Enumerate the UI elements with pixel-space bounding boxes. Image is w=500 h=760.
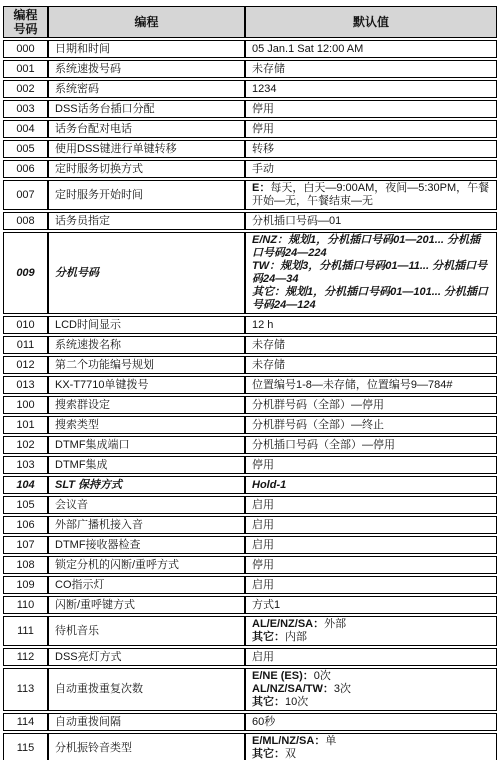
cell-program-code: 104 bbox=[3, 476, 48, 494]
table-row: 103DTMF集成停用 bbox=[3, 456, 497, 474]
value-line: 其它：规划1，分机插口号码01—101... 分机插口号码24—124 bbox=[252, 286, 490, 312]
table-row: 003DSS话务台插口分配停用 bbox=[3, 100, 497, 118]
cell-program-code: 009 bbox=[3, 232, 48, 314]
value-segment: 停用 bbox=[252, 123, 274, 135]
value-line: 12 h bbox=[252, 319, 490, 332]
cell-program-name: 分机振铃音类型 bbox=[48, 733, 245, 760]
table-body: 000日期和时间05 Jan.1 Sat 12:00 AM001系统速拨号码未存… bbox=[3, 40, 497, 760]
value-line: 启用 bbox=[252, 651, 490, 664]
table-row: 106外部广播机接入音启用 bbox=[3, 516, 497, 534]
cell-program-code: 012 bbox=[3, 356, 48, 374]
cell-program-code: 107 bbox=[3, 536, 48, 554]
cell-program-name: SLT 保持方式 bbox=[48, 476, 245, 494]
cell-default-value: 1234 bbox=[245, 80, 497, 98]
cell-program-name: 话务员指定 bbox=[48, 212, 245, 230]
value-segment: 0次 bbox=[314, 670, 331, 682]
cell-default-value: E：每天，白天—9:00AM，夜间—5:30PM，午餐开始—无，午餐结束—无 bbox=[245, 180, 497, 210]
value-line: 分机群号码（全部）—停用 bbox=[252, 399, 490, 412]
cell-default-value: 方式1 bbox=[245, 596, 497, 614]
table-row: 107DTMF接收器检查启用 bbox=[3, 536, 497, 554]
table-row: 000日期和时间05 Jan.1 Sat 12:00 AM bbox=[3, 40, 497, 58]
cell-program-code: 106 bbox=[3, 516, 48, 534]
value-segment: E/NZ： bbox=[252, 234, 288, 246]
cell-program-code: 103 bbox=[3, 456, 48, 474]
value-segment: 手动 bbox=[252, 163, 274, 175]
value-segment: 05 Jan.1 Sat 12:00 AM bbox=[252, 43, 363, 55]
value-segment: 12 h bbox=[252, 319, 273, 331]
table-row: 007定时服务开始时间E：每天，白天—9:00AM，夜间—5:30PM，午餐开始… bbox=[3, 180, 497, 210]
cell-program-name: DTMF接收器检查 bbox=[48, 536, 245, 554]
value-segment: 分机插口号码（全部）—停用 bbox=[252, 439, 395, 451]
cell-program-name: LCD时间显示 bbox=[48, 316, 245, 334]
value-segment: TW： bbox=[252, 260, 280, 272]
value-segment: 方式1 bbox=[252, 599, 280, 611]
cell-default-value: 停用 bbox=[245, 456, 497, 474]
cell-default-value: 停用 bbox=[245, 100, 497, 118]
value-segment: 停用 bbox=[252, 459, 274, 471]
cell-program-name: DSS亮灯方式 bbox=[48, 648, 245, 666]
value-segment: E/ML/NZ/SA： bbox=[252, 735, 325, 747]
cell-program-name: 使用DSS键进行单键转移 bbox=[48, 140, 245, 158]
cell-program-name: 会议音 bbox=[48, 496, 245, 514]
value-line: 位置编号1-8—未存储，位置编号9—784# bbox=[252, 379, 490, 392]
value-segment: 停用 bbox=[252, 559, 274, 571]
value-segment: 其它： bbox=[252, 696, 285, 708]
cell-program-code: 105 bbox=[3, 496, 48, 514]
value-segment: 未存储 bbox=[252, 339, 285, 351]
cell-program-name: 自动重拨重复次数 bbox=[48, 668, 245, 711]
value-line: 其它：双 bbox=[252, 748, 490, 760]
value-segment: 1234 bbox=[252, 83, 276, 95]
cell-program-code: 003 bbox=[3, 100, 48, 118]
cell-program-name: 搜索群设定 bbox=[48, 396, 245, 414]
value-segment: 未存储 bbox=[252, 359, 285, 371]
value-segment: 停用 bbox=[252, 103, 274, 115]
cell-default-value: 未存储 bbox=[245, 336, 497, 354]
cell-program-code: 102 bbox=[3, 436, 48, 454]
value-line: 转移 bbox=[252, 143, 490, 156]
table-row: 011系统速拨名称未存储 bbox=[3, 336, 497, 354]
value-segment: 未存储 bbox=[252, 63, 285, 75]
value-segment: 其它： bbox=[252, 631, 285, 643]
cell-program-code: 002 bbox=[3, 80, 48, 98]
table-row: 102DTMF集成端口分机插口号码（全部）—停用 bbox=[3, 436, 497, 454]
value-segment: 启用 bbox=[252, 519, 274, 531]
cell-default-value: 60秒 bbox=[245, 713, 497, 731]
cell-program-name: 搜索类型 bbox=[48, 416, 245, 434]
cell-program-code: 108 bbox=[3, 556, 48, 574]
cell-default-value: 05 Jan.1 Sat 12:00 AM bbox=[245, 40, 497, 58]
document-page: 编程 号码 编程 默认值 000日期和时间05 Jan.1 Sat 12:00 … bbox=[0, 0, 500, 760]
value-line: 其它：10次 bbox=[252, 696, 490, 709]
value-line: E：每天，白天—9:00AM，夜间—5:30PM，午餐开始—无，午餐结束—无 bbox=[252, 182, 490, 208]
cell-program-code: 004 bbox=[3, 120, 48, 138]
value-line: 启用 bbox=[252, 579, 490, 592]
cell-program-name: 定时服务切换方式 bbox=[48, 160, 245, 178]
cell-program-code: 010 bbox=[3, 316, 48, 334]
value-segment: 每天，白天—9:00AM，夜间—5:30PM，午餐开始—无，午餐结束—无 bbox=[252, 182, 489, 207]
cell-default-value: E/ML/NZ/SA：单其它：双 bbox=[245, 733, 497, 760]
table-row: 008话务员指定分机插口号码—01 bbox=[3, 212, 497, 230]
table-row: 001系统速拨号码未存储 bbox=[3, 60, 497, 78]
value-line: 未存储 bbox=[252, 339, 490, 352]
value-segment: 启用 bbox=[252, 539, 274, 551]
table-row: 104SLT 保持方式Hold-1 bbox=[3, 476, 497, 494]
cell-default-value: 转移 bbox=[245, 140, 497, 158]
value-line: 分机插口号码—01 bbox=[252, 215, 490, 228]
cell-default-value: AL/E/NZ/SA：外部其它：内部 bbox=[245, 616, 497, 646]
cell-program-name: 话务台配对电话 bbox=[48, 120, 245, 138]
header-row: 编程 号码 编程 默认值 bbox=[3, 6, 497, 38]
table-row: 113自动重拨重复次数E/NE (ES)：0次AL/NZ/SA/TW：3次其它：… bbox=[3, 668, 497, 711]
cell-default-value: E/NE (ES)：0次AL/NZ/SA/TW：3次其它：10次 bbox=[245, 668, 497, 711]
cell-program-code: 001 bbox=[3, 60, 48, 78]
programming-table: 编程 号码 编程 默认值 000日期和时间05 Jan.1 Sat 12:00 … bbox=[3, 4, 497, 760]
header-code: 编程 号码 bbox=[3, 6, 48, 38]
value-line: AL/NZ/SA/TW：3次 bbox=[252, 683, 490, 696]
table-row: 002系统密码1234 bbox=[3, 80, 497, 98]
table-header: 编程 号码 编程 默认值 bbox=[3, 6, 497, 38]
value-segment: 规划1，分机插口号码01—101... 分机插口号码24—124 bbox=[252, 286, 488, 311]
cell-default-value: 未存储 bbox=[245, 60, 497, 78]
cell-program-code: 114 bbox=[3, 713, 48, 731]
value-line: TW：规划3，分机插口号码01—11... 分机插口号码24—34 bbox=[252, 260, 490, 286]
value-line: 05 Jan.1 Sat 12:00 AM bbox=[252, 43, 490, 56]
value-segment: E： bbox=[252, 182, 270, 194]
value-line: E/ML/NZ/SA：单 bbox=[252, 735, 490, 748]
table-row: 110闪断/重呼键方式方式1 bbox=[3, 596, 497, 614]
cell-program-name: 闪断/重呼键方式 bbox=[48, 596, 245, 614]
cell-program-name: 待机音乐 bbox=[48, 616, 245, 646]
cell-default-value: 分机插口号码（全部）—停用 bbox=[245, 436, 497, 454]
cell-program-name: 系统速拨号码 bbox=[48, 60, 245, 78]
table-row: 012第二个功能编号规划未存储 bbox=[3, 356, 497, 374]
cell-program-name: 日期和时间 bbox=[48, 40, 245, 58]
value-segment: 60秒 bbox=[252, 716, 275, 728]
value-line: 其它：内部 bbox=[252, 631, 490, 644]
value-segment: AL/E/NZ/SA： bbox=[252, 618, 324, 630]
cell-program-code: 115 bbox=[3, 733, 48, 760]
table-row: 009分机号码E/NZ：规划1，分机插口号码01—201... 分机插口号码24… bbox=[3, 232, 497, 314]
value-segment: 其它： bbox=[252, 286, 285, 298]
value-line: 停用 bbox=[252, 459, 490, 472]
value-segment: 分机群号码（全部）—停用 bbox=[252, 399, 384, 411]
cell-program-name: CO指示灯 bbox=[48, 576, 245, 594]
cell-default-value: 手动 bbox=[245, 160, 497, 178]
header-value: 默认值 bbox=[245, 6, 497, 38]
cell-default-value: 停用 bbox=[245, 556, 497, 574]
table-row: 115分机振铃音类型E/ML/NZ/SA：单其它：双 bbox=[3, 733, 497, 760]
cell-program-code: 005 bbox=[3, 140, 48, 158]
table-row: 111待机音乐AL/E/NZ/SA：外部其它：内部 bbox=[3, 616, 497, 646]
value-line: 分机群号码（全部）—终止 bbox=[252, 419, 490, 432]
value-segment: 启用 bbox=[252, 499, 274, 511]
cell-program-name: 外部广播机接入音 bbox=[48, 516, 245, 534]
cell-program-code: 101 bbox=[3, 416, 48, 434]
cell-program-name: 自动重拨间隔 bbox=[48, 713, 245, 731]
value-segment: 分机插口号码—01 bbox=[252, 215, 341, 227]
table-row: 109CO指示灯启用 bbox=[3, 576, 497, 594]
cell-program-name: DSS话务台插口分配 bbox=[48, 100, 245, 118]
table-row: 101搜索类型分机群号码（全部）—终止 bbox=[3, 416, 497, 434]
cell-default-value: 分机群号码（全部）—停用 bbox=[245, 396, 497, 414]
cell-program-code: 112 bbox=[3, 648, 48, 666]
value-line: 启用 bbox=[252, 519, 490, 532]
value-line: AL/E/NZ/SA：外部 bbox=[252, 618, 490, 631]
cell-default-value: 未存储 bbox=[245, 356, 497, 374]
value-line: E/NE (ES)：0次 bbox=[252, 670, 490, 683]
cell-default-value: 分机插口号码—01 bbox=[245, 212, 497, 230]
value-line: 启用 bbox=[252, 539, 490, 552]
value-line: 未存储 bbox=[252, 63, 490, 76]
cell-program-name: 系统密码 bbox=[48, 80, 245, 98]
value-line: 未存储 bbox=[252, 359, 490, 372]
cell-program-code: 111 bbox=[3, 616, 48, 646]
value-segment: 启用 bbox=[252, 651, 274, 663]
table-row: 112DSS亮灯方式启用 bbox=[3, 648, 497, 666]
cell-program-code: 000 bbox=[3, 40, 48, 58]
cell-program-code: 110 bbox=[3, 596, 48, 614]
value-segment: 外部 bbox=[324, 618, 346, 630]
cell-program-code: 011 bbox=[3, 336, 48, 354]
table-row: 105会议音启用 bbox=[3, 496, 497, 514]
cell-program-code: 006 bbox=[3, 160, 48, 178]
table-row: 100搜索群设定分机群号码（全部）—停用 bbox=[3, 396, 497, 414]
table-row: 004话务台配对电话停用 bbox=[3, 120, 497, 138]
cell-program-name: 系统速拨名称 bbox=[48, 336, 245, 354]
value-line: 分机插口号码（全部）—停用 bbox=[252, 439, 490, 452]
value-segment: 10次 bbox=[285, 696, 308, 708]
cell-program-name: DTMF集成端口 bbox=[48, 436, 245, 454]
cell-default-value: 12 h bbox=[245, 316, 497, 334]
cell-program-name: 分机号码 bbox=[48, 232, 245, 314]
value-line: 停用 bbox=[252, 103, 490, 116]
cell-program-code: 100 bbox=[3, 396, 48, 414]
value-line: E/NZ：规划1，分机插口号码01—201... 分机插口号码24—224 bbox=[252, 234, 490, 260]
table-row: 013KX-T7710单键拨号位置编号1-8—未存储，位置编号9—784# bbox=[3, 376, 497, 394]
value-line: 60秒 bbox=[252, 716, 490, 729]
value-segment: 转移 bbox=[252, 143, 274, 155]
cell-program-code: 109 bbox=[3, 576, 48, 594]
cell-program-name: DTMF集成 bbox=[48, 456, 245, 474]
value-line: Hold-1 bbox=[252, 479, 490, 492]
value-line: 停用 bbox=[252, 123, 490, 136]
cell-program-name: KX-T7710单键拨号 bbox=[48, 376, 245, 394]
value-segment: Hold-1 bbox=[252, 479, 286, 491]
value-segment: 启用 bbox=[252, 579, 274, 591]
value-line: 方式1 bbox=[252, 599, 490, 612]
value-segment: 内部 bbox=[285, 631, 307, 643]
value-segment: 位置编号1-8—未存储，位置编号9—784# bbox=[252, 379, 453, 391]
cell-default-value: 停用 bbox=[245, 120, 497, 138]
value-line: 手动 bbox=[252, 163, 490, 176]
cell-default-value: E/NZ：规划1，分机插口号码01—201... 分机插口号码24—224TW：… bbox=[245, 232, 497, 314]
cell-default-value: 启用 bbox=[245, 496, 497, 514]
cell-program-code: 008 bbox=[3, 212, 48, 230]
table-row: 005使用DSS键进行单键转移转移 bbox=[3, 140, 497, 158]
value-segment: 其它： bbox=[252, 748, 285, 760]
table-row: 108锁定分机的闪断/重呼方式停用 bbox=[3, 556, 497, 574]
value-line: 停用 bbox=[252, 559, 490, 572]
cell-default-value: 位置编号1-8—未存储，位置编号9—784# bbox=[245, 376, 497, 394]
table-row: 006定时服务切换方式手动 bbox=[3, 160, 497, 178]
cell-program-code: 013 bbox=[3, 376, 48, 394]
cell-program-name: 锁定分机的闪断/重呼方式 bbox=[48, 556, 245, 574]
value-segment: E/NE (ES)： bbox=[252, 670, 314, 682]
cell-default-value: 启用 bbox=[245, 576, 497, 594]
header-name: 编程 bbox=[48, 6, 245, 38]
cell-program-code: 113 bbox=[3, 668, 48, 711]
value-segment: AL/NZ/SA/TW： bbox=[252, 683, 334, 695]
value-segment: 分机群号码（全部）—终止 bbox=[252, 419, 384, 431]
cell-default-value: 分机群号码（全部）—终止 bbox=[245, 416, 497, 434]
value-segment: 双 bbox=[285, 748, 296, 760]
value-segment: 规划3，分机插口号码01—11... 分机插口号码24—34 bbox=[252, 260, 487, 285]
cell-default-value: Hold-1 bbox=[245, 476, 497, 494]
value-segment: 单 bbox=[325, 735, 336, 747]
table-row: 010LCD时间显示12 h bbox=[3, 316, 497, 334]
cell-program-code: 007 bbox=[3, 180, 48, 210]
cell-default-value: 启用 bbox=[245, 648, 497, 666]
value-line: 启用 bbox=[252, 499, 490, 512]
cell-default-value: 启用 bbox=[245, 516, 497, 534]
value-line: 1234 bbox=[252, 83, 490, 96]
cell-default-value: 启用 bbox=[245, 536, 497, 554]
table-row: 114自动重拨间隔60秒 bbox=[3, 713, 497, 731]
cell-program-name: 第二个功能编号规划 bbox=[48, 356, 245, 374]
value-segment: 3次 bbox=[334, 683, 351, 695]
cell-program-name: 定时服务开始时间 bbox=[48, 180, 245, 210]
